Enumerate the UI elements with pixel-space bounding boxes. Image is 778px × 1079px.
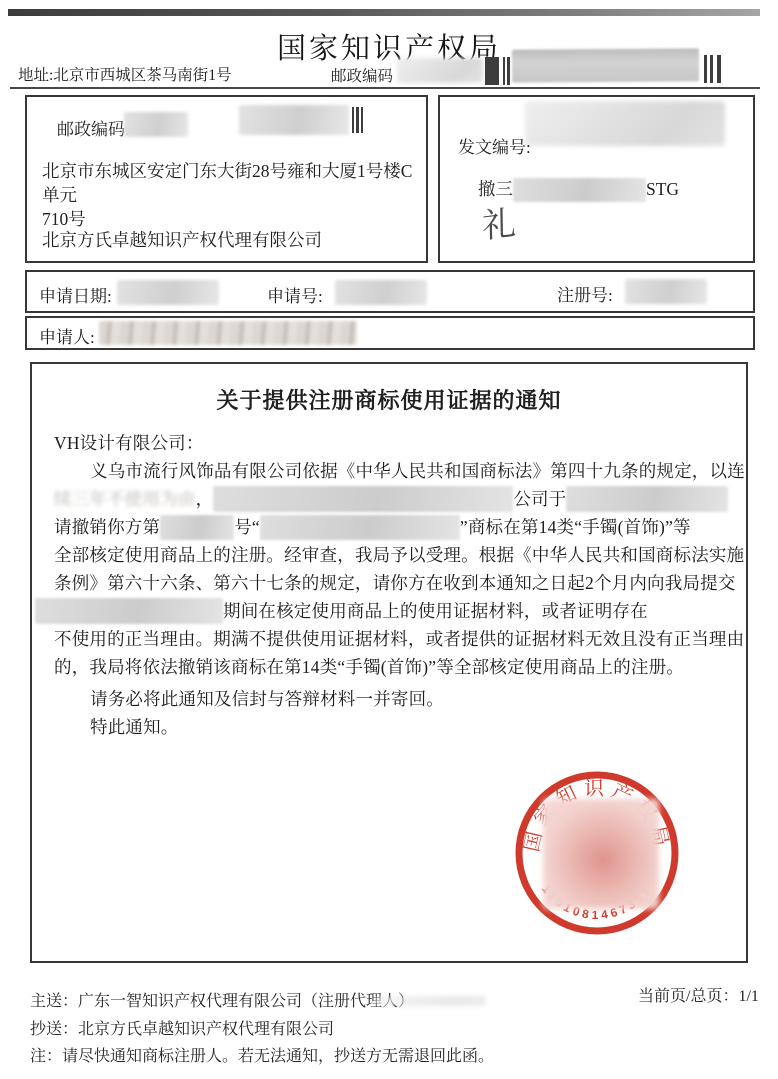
doc-no-redaction bbox=[525, 101, 725, 146]
doc-no-label: 发文编号: bbox=[458, 133, 531, 158]
page-counter: 当前页/总页：1/1 bbox=[638, 983, 759, 1006]
notice-line-3: 请撤销你方第号“”商标在第14类“手镯(首饰)”等 bbox=[54, 514, 691, 540]
apply-date-redaction bbox=[117, 280, 219, 305]
notice-line-8: 的，我局将依法撤销该商标在第14类“手镯(首饰)”等全部核定使用商品上的注册。 bbox=[54, 654, 684, 679]
seal-center-redaction bbox=[543, 799, 659, 909]
footer-note: 注：请尽快通知商标注册人。若无法通知，抄送方无需退回此函。 bbox=[30, 1043, 494, 1066]
notice-line-3-pre: 请撤销你方第 bbox=[54, 517, 160, 537]
barcode-start-block bbox=[485, 57, 499, 85]
handwritten-mark: 礼 bbox=[482, 195, 517, 248]
notice-title: 关于提供注册商标使用证据的通知 bbox=[32, 384, 746, 415]
applicant-label: 申请人: bbox=[39, 323, 95, 348]
reg-no-label: 注册号: bbox=[557, 281, 613, 306]
application-info-row: 申请日期: 申请号: 注册号: bbox=[25, 270, 755, 313]
barcode-bar bbox=[704, 55, 707, 83]
mail-postcode-label: 邮政编码: bbox=[57, 115, 130, 140]
doc-number-box: 发文编号: 撤三STG 礼 bbox=[438, 95, 755, 263]
trademark-no-redaction bbox=[160, 515, 234, 540]
barcode-bar bbox=[717, 55, 721, 83]
notice-line-5: 条例》第六十六条、第六十七条的规定，请你方在收到本通知之日起2个月内向我局提交 bbox=[54, 570, 736, 595]
apply-no-redaction bbox=[335, 280, 427, 305]
footer-cc: 抄送：北京方氏卓越知识产权代理有限公司 bbox=[30, 1016, 334, 1039]
applicant-redaction bbox=[99, 321, 357, 345]
notice-line-10: 特此通知。 bbox=[54, 714, 179, 739]
notice-line-2: 续三年不使用为由，公司于 bbox=[54, 486, 728, 512]
barcode-redaction bbox=[512, 48, 699, 82]
notice-line-4: 全部核定使用商品上的注册。经审查，我局予以受理。根据《中华人民共和国商标法实施 bbox=[54, 542, 744, 567]
notice-line-3-post: ”商标在第14类“手镯(首饰)”等 bbox=[460, 517, 691, 537]
notice-salutation: VH设计有限公司： bbox=[54, 430, 204, 455]
notice-line-3-mid: 号“ bbox=[234, 517, 260, 537]
notice-line-2-comma: ， bbox=[196, 489, 214, 509]
case-suffix: STG bbox=[646, 179, 679, 199]
notice-line-6-text: 期间在核定使用商品上的使用证据材料，或者证明存在 bbox=[223, 601, 648, 621]
notice-line-6: 期间在核定使用商品上的使用证据材料，或者证明存在 bbox=[35, 598, 648, 624]
mail-barcode-bar bbox=[356, 107, 359, 133]
mailing-address-box: 邮政编码: 北京市东城区安定门东大街28号雍和大厦1号楼C单元 710号 北京方… bbox=[25, 95, 428, 263]
apply-date-label: 申请日期: bbox=[39, 282, 112, 307]
case-number-redaction bbox=[513, 178, 646, 202]
faint-redacted-text: 续三年不使用为由 bbox=[54, 489, 196, 509]
notice-body-box: 关于提供注册商标使用证据的通知 VH设计有限公司： 义乌市流行风饰品有限公司依据… bbox=[30, 362, 748, 963]
official-seal: 国家知识产权局 1101081467331 bbox=[512, 768, 682, 938]
mail-barcode-bar bbox=[352, 107, 354, 133]
postcode-label: 邮政编码 bbox=[331, 64, 393, 86]
agency-address: 地址:北京市西城区茶马南街1号 bbox=[18, 63, 232, 85]
barcode-bar bbox=[507, 57, 510, 85]
scan-edge-artifact bbox=[8, 9, 760, 16]
recipient-company: 北京方氏卓越知识产权代理有限公司 bbox=[42, 227, 322, 252]
footer-smudge bbox=[374, 996, 486, 1006]
petitioner-redaction bbox=[213, 486, 513, 512]
header-divider bbox=[10, 87, 760, 89]
apply-no-label: 申请号: bbox=[267, 282, 323, 307]
recipient-address-line1: 北京市东城区安定门东大街28号雍和大厦1号楼C单元 bbox=[42, 159, 420, 207]
footer-main-to: 主送：广东一智知识产权代理有限公司（注册代理人） bbox=[30, 988, 414, 1011]
barcode-bar bbox=[503, 57, 505, 85]
notice-line-7: 不使用的正当理由。期满不提供使用证据材料，或者提供的证据材料无效且没有正当理由 bbox=[54, 626, 744, 651]
mail-barcode-redaction bbox=[239, 105, 349, 135]
notice-line-9: 请务必将此通知及信封与答辩材料一并寄回。 bbox=[54, 686, 444, 711]
reg-no-redaction bbox=[625, 279, 707, 304]
notice-line-1: 义乌市流行风饰品有限公司依据《中华人民共和国商标法》第四十九条的规定，以连 bbox=[54, 458, 745, 483]
barcode-bar bbox=[710, 55, 713, 83]
postcode-redaction bbox=[397, 58, 483, 83]
notice-line-2-mid: 公司于 bbox=[513, 489, 566, 509]
scanned-notice-document: 国家知识产权局 地址:北京市西城区茶马南街1号 邮政编码 邮政编码: 北京市东城… bbox=[0, 0, 778, 1079]
mail-barcode-bar bbox=[361, 107, 363, 133]
recipient-address: 北京市东城区安定门东大街28号雍和大厦1号楼C单元 710号 bbox=[42, 159, 420, 231]
mail-postcode-redaction bbox=[124, 112, 188, 137]
applicant-row: 申请人: bbox=[25, 316, 755, 350]
trademark-name-redaction bbox=[260, 515, 460, 540]
date-redaction bbox=[566, 486, 728, 512]
period-redaction bbox=[35, 598, 223, 624]
